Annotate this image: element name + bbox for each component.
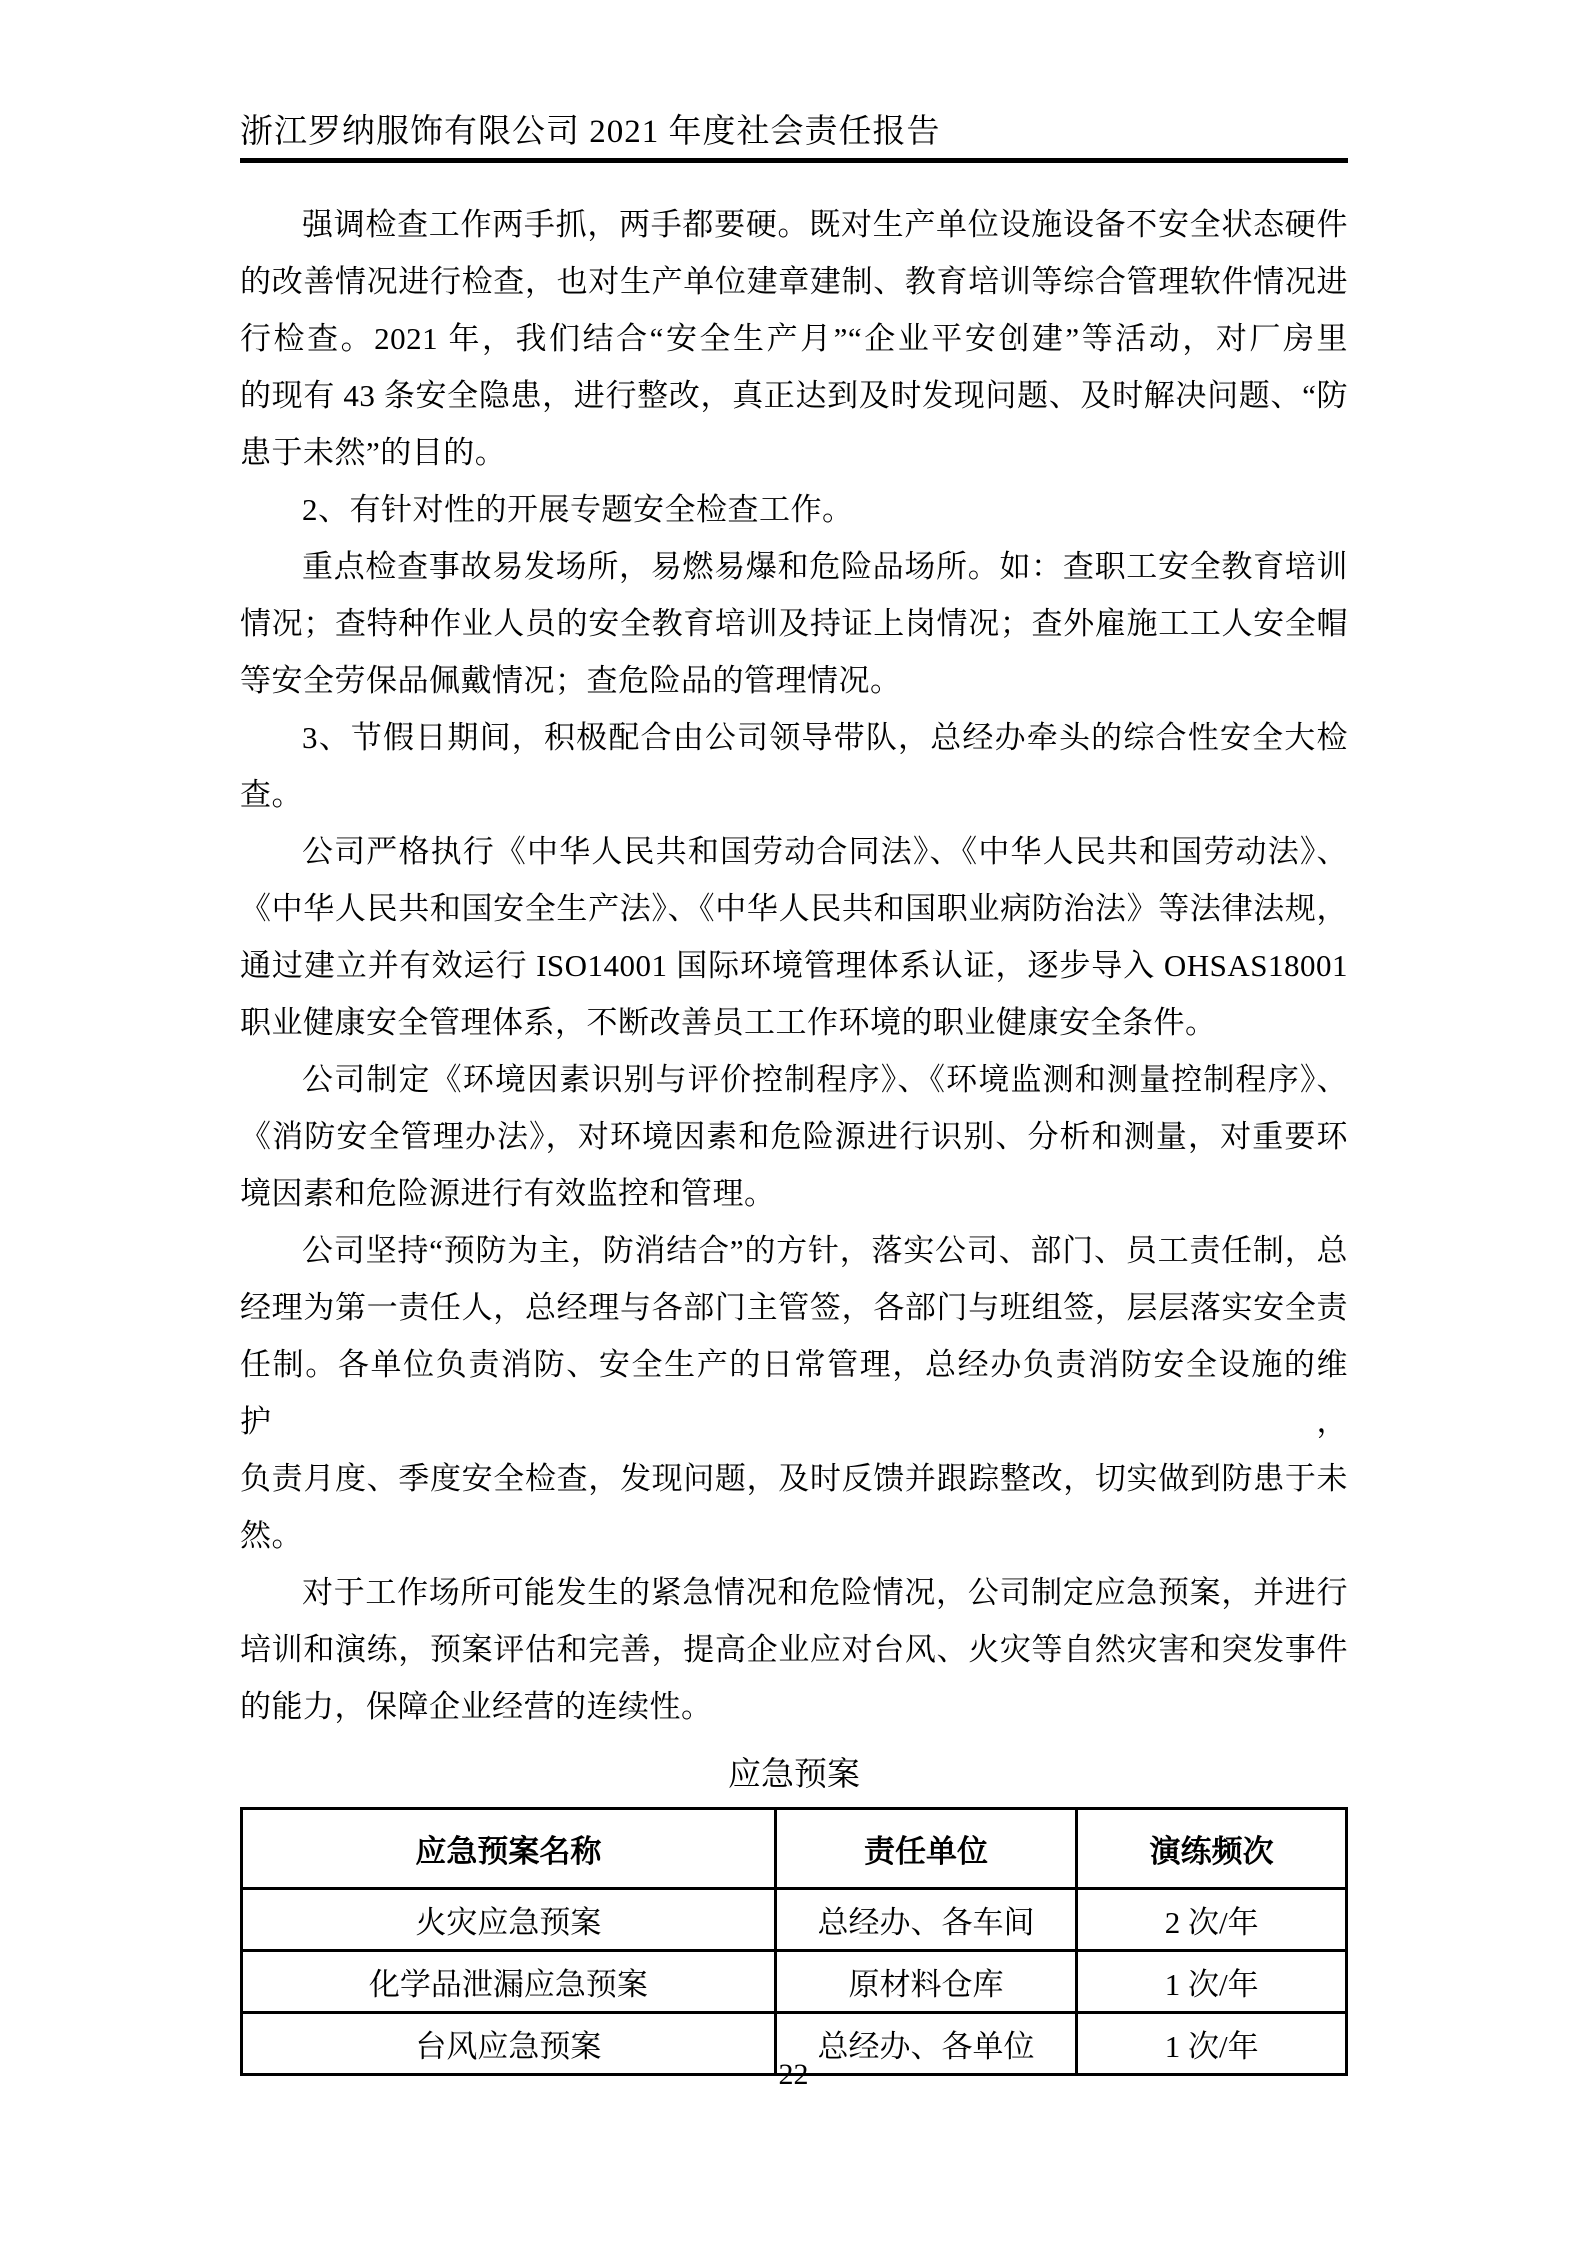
paragraph-line: 重点检查事故易发场所，易燃易爆和危险品场所。如：查职工安全教育培训 bbox=[240, 538, 1348, 595]
table-body: 火灾应急预案总经办、各车间2 次/年化学品泄漏应急预案原材料仓库1 次/年台风应… bbox=[242, 1889, 1347, 2075]
paragraph: 公司制定《环境因素识别与评价控制程序》、《环境监测和测量控制程序》、《消防安全管… bbox=[240, 1051, 1348, 1222]
paragraph-line: 《中华人民共和国安全生产法》、《中华人民共和国职业病防治法》等法律法规， bbox=[240, 880, 1348, 937]
paragraph-line: 负责月度、季度安全检查，发现问题，及时反馈并跟踪整改，切实做到防患于未 bbox=[240, 1450, 1348, 1507]
page-footer: 22 bbox=[0, 2058, 1587, 2092]
paragraph-line: 职业健康安全管理体系，不断改善员工工作环境的职业健康安全条件。 bbox=[240, 994, 1348, 1051]
paragraph: 2、有针对性的开展专题安全检查工作。 bbox=[240, 481, 1348, 538]
table-row: 火灾应急预案总经办、各车间2 次/年 bbox=[242, 1889, 1347, 1951]
paragraph-line: 经理为第一责任人，总经理与各部门主管签，各部门与班组签，层层落实安全责 bbox=[240, 1279, 1348, 1336]
header-title: 浙江罗纳服饰有限公司 2021 年度社会责任报告 bbox=[240, 112, 1348, 152]
paragraph-line: 公司制定《环境因素识别与评价控制程序》、《环境监测和测量控制程序》、 bbox=[240, 1051, 1348, 1108]
paragraph-line: 3、节假日期间，积极配合由公司领导带队，总经办牵头的综合性安全大检 bbox=[240, 709, 1348, 766]
table-header-row: 应急预案名称责任单位演练频次 bbox=[242, 1809, 1347, 1889]
table-header-cell: 责任单位 bbox=[775, 1809, 1077, 1889]
paragraph: 对于工作场所可能发生的紧急情况和危险情况，公司制定应急预案，并进行培训和演练，预… bbox=[240, 1564, 1348, 1735]
paragraph-line: 对于工作场所可能发生的紧急情况和危险情况，公司制定应急预案，并进行 bbox=[240, 1564, 1348, 1621]
page-number: 22 bbox=[779, 2058, 809, 2091]
paragraph-line: 公司严格执行《中华人民共和国劳动合同法》、《中华人民共和国劳动法》、 bbox=[240, 823, 1348, 880]
paragraph-line: 的现有 43 条安全隐患，进行整改，真正达到及时发现问题、及时解决问题、“防 bbox=[240, 367, 1348, 424]
table-cell: 1 次/年 bbox=[1077, 1951, 1347, 2013]
table-cell: 总经办、各车间 bbox=[775, 1889, 1077, 1951]
paragraph-line: 患于未然”的目的。 bbox=[240, 424, 1348, 481]
paragraph: 公司坚持“预防为主，防消结合”的方针，落实公司、部门、员工责任制，总经理为第一责… bbox=[240, 1222, 1348, 1564]
paragraph: 重点检查事故易发场所，易燃易爆和危险品场所。如：查职工安全教育培训情况；查特种作… bbox=[240, 538, 1348, 709]
table-cell: 化学品泄漏应急预案 bbox=[242, 1951, 776, 2013]
paragraph-line: 的能力，保障企业经营的连续性。 bbox=[240, 1678, 1348, 1735]
body-paragraphs: 强调检查工作两手抓，两手都要硬。既对生产单位设施设备不安全状态硬件的改善情况进行… bbox=[240, 196, 1348, 1735]
paragraph-line: 境因素和危险源进行有效监控和管理。 bbox=[240, 1165, 1348, 1222]
document-body: 强调检查工作两手抓，两手都要硬。既对生产单位设施设备不安全状态硬件的改善情况进行… bbox=[240, 196, 1348, 2076]
paragraph-line: 任制。各单位负责消防、安全生产的日常管理，总经办负责消防安全设施的维护， bbox=[240, 1336, 1348, 1450]
paragraph-line: 2、有针对性的开展专题安全检查工作。 bbox=[240, 481, 1348, 538]
table-header-cell: 应急预案名称 bbox=[242, 1809, 776, 1889]
paragraph-line: 的改善情况进行检查，也对生产单位建章建制、教育培训等综合管理软件情况进 bbox=[240, 253, 1348, 310]
paragraph-line: 公司坚持“预防为主，防消结合”的方针，落实公司、部门、员工责任制，总 bbox=[240, 1222, 1348, 1279]
paragraph: 3、节假日期间，积极配合由公司领导带队，总经办牵头的综合性安全大检查。 bbox=[240, 709, 1348, 823]
paragraph: 强调检查工作两手抓，两手都要硬。既对生产单位设施设备不安全状态硬件的改善情况进行… bbox=[240, 196, 1348, 481]
emergency-plan-table: 应急预案名称责任单位演练频次 火灾应急预案总经办、各车间2 次/年化学品泄漏应急… bbox=[240, 1807, 1348, 2076]
paragraph-line: 等安全劳保品佩戴情况；查危险品的管理情况。 bbox=[240, 652, 1348, 709]
table-cell: 2 次/年 bbox=[1077, 1889, 1347, 1951]
table-caption: 应急预案 bbox=[240, 1753, 1348, 1797]
paragraph-line: 通过建立并有效运行 ISO14001 国际环境管理体系认证，逐步导入 OHSAS… bbox=[240, 937, 1348, 994]
paragraph-line: 然。 bbox=[240, 1507, 1348, 1564]
paragraph: 公司严格执行《中华人民共和国劳动合同法》、《中华人民共和国劳动法》、《中华人民共… bbox=[240, 823, 1348, 1051]
document-page: 浙江罗纳服饰有限公司 2021 年度社会责任报告 强调检查工作两手抓，两手都要硬… bbox=[0, 0, 1587, 2245]
paragraph-line: 《消防安全管理办法》，对环境因素和危险源进行识别、分析和测量，对重要环 bbox=[240, 1108, 1348, 1165]
page-header: 浙江罗纳服饰有限公司 2021 年度社会责任报告 bbox=[240, 0, 1348, 163]
table-row: 化学品泄漏应急预案原材料仓库1 次/年 bbox=[242, 1951, 1347, 2013]
table-head: 应急预案名称责任单位演练频次 bbox=[242, 1809, 1347, 1889]
paragraph-line: 查。 bbox=[240, 766, 1348, 823]
paragraph-line: 强调检查工作两手抓，两手都要硬。既对生产单位设施设备不安全状态硬件 bbox=[240, 196, 1348, 253]
table-header-cell: 演练频次 bbox=[1077, 1809, 1347, 1889]
table-cell: 原材料仓库 bbox=[775, 1951, 1077, 2013]
paragraph-line: 行检查。2021 年，我们结合“安全生产月”“企业平安创建”等活动，对厂房里 bbox=[240, 310, 1348, 367]
paragraph-line: 培训和演练，预案评估和完善，提高企业应对台风、火灾等自然灾害和突发事件 bbox=[240, 1621, 1348, 1678]
table-cell: 火灾应急预案 bbox=[242, 1889, 776, 1951]
paragraph-line: 情况；查特种作业人员的安全教育培训及持证上岗情况；查外雇施工工人安全帽 bbox=[240, 595, 1348, 652]
